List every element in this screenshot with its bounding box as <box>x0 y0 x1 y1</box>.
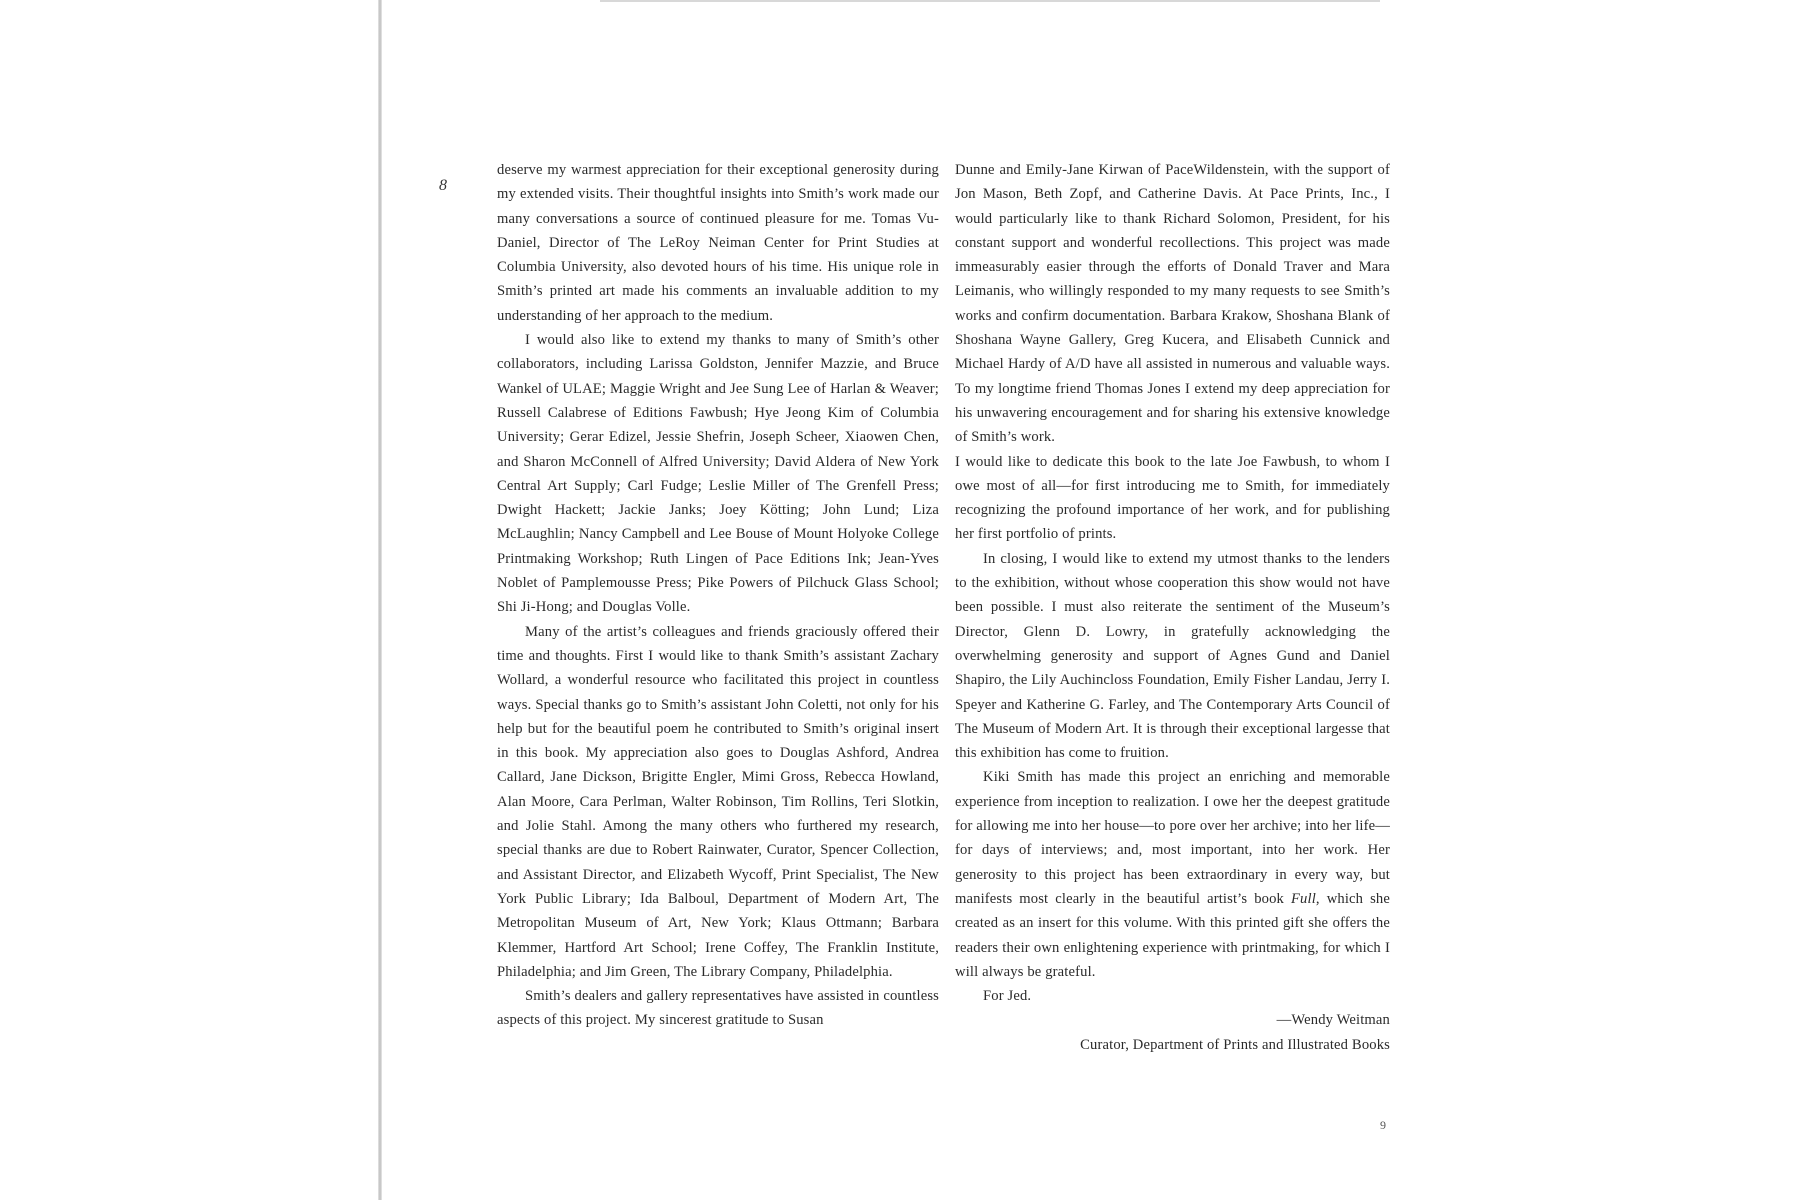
page-top-edge <box>600 0 1380 2</box>
right-column: Dunne and Emily-Jane Kirwan of PaceWilde… <box>955 158 1390 1057</box>
book-title: Full <box>1291 891 1316 907</box>
page-number-left: 8 <box>439 177 447 195</box>
paragraph: Many of the artist’s colleagues and frie… <box>497 620 939 984</box>
paragraph: deserve my warmest appreciation for thei… <box>497 158 939 328</box>
paragraph-kiki-smith: Kiki Smith has made this project an enri… <box>955 765 1390 984</box>
page-gutter-edge <box>378 0 382 1200</box>
paragraph: Smith’s dealers and gallery representati… <box>497 984 939 1033</box>
paragraph: Dunne and Emily-Jane Kirwan of PaceWilde… <box>955 158 1390 450</box>
paragraph: In closing, I would like to extend my ut… <box>955 547 1390 766</box>
paragraph: I would like to dedicate this book to th… <box>955 450 1390 547</box>
left-column: deserve my warmest appreciation for thei… <box>497 158 939 1033</box>
paragraph: I would also like to extend my thanks to… <box>497 328 939 620</box>
signature-name: —Wendy Weitman <box>955 1008 1390 1032</box>
page-number-right: 9 <box>1380 1118 1386 1133</box>
text: Kiki Smith has made this project an enri… <box>955 769 1390 906</box>
signature-title: Curator, Department of Prints and Illust… <box>955 1033 1390 1057</box>
dedication: For Jed. <box>955 984 1390 1008</box>
